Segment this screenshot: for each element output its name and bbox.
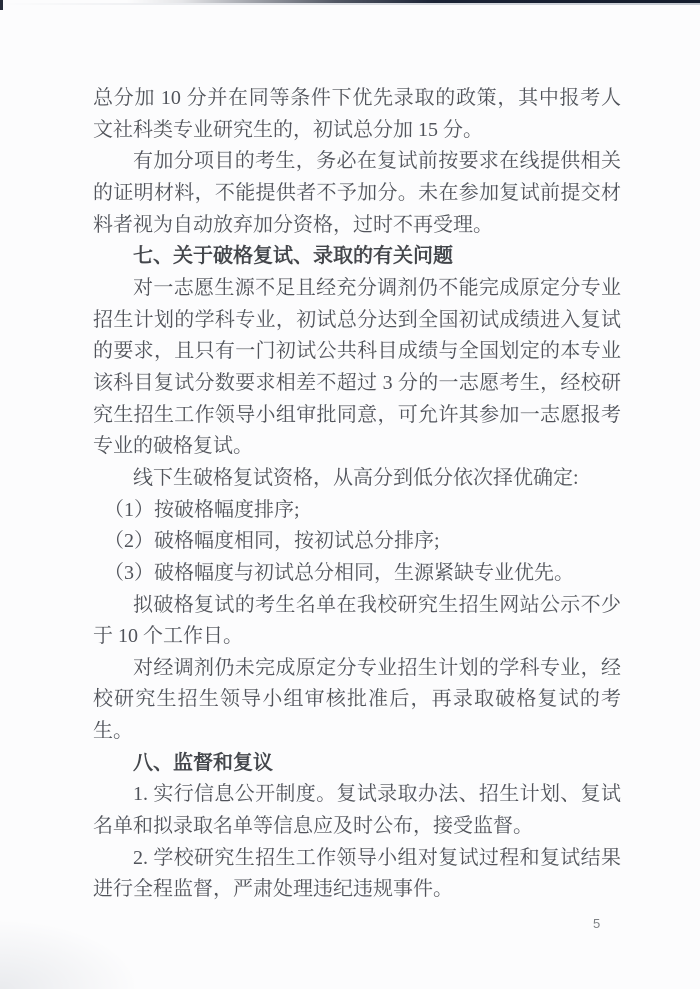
scan-edge-top-shadow <box>0 3 700 5</box>
section-heading-8: 八、监督和复议 <box>93 748 621 780</box>
scan-corner-shading <box>0 919 140 989</box>
paragraph-continuation: 总分加 10 分并在同等条件下优先录取的政策，其中报考人文社科类专业研究生的，初… <box>93 83 621 146</box>
list-item-1: （1）按破格幅度排序; <box>93 495 621 527</box>
paragraph-ranking-intro: 线下生破格复试资格，从高分到低分依次择优确定: <box>93 463 621 495</box>
section-heading-7: 七、关于破格复试、录取的有关问题 <box>93 241 621 273</box>
paragraph-bonus-materials: 有加分项目的考生，务必在复试前按要求在线提供相关的证明材料，不能提供者不予加分。… <box>93 146 621 241</box>
scan-corner-mark <box>0 0 3 10</box>
paragraph-exception-policy: 对一志愿生源不足且经充分调剂仍不能完成原定分专业招生计划的学科专业，初试总分达到… <box>93 273 621 463</box>
document-body-text: 总分加 10 分并在同等条件下优先录取的政策，其中报考人文社科类专业研究生的，初… <box>93 83 621 906</box>
scanned-document-page: 总分加 10 分并在同等条件下优先录取的政策，其中报考人文社科类专业研究生的，初… <box>0 0 700 989</box>
paragraph-supervision: 2. 学校研究生招生工作领导小组对复试过程和复试结果进行全程监督，严肃处理违纪违… <box>93 843 621 906</box>
list-item-2: （2）破格幅度相同，按初试总分排序; <box>93 526 621 558</box>
paragraph-publicity-period: 拟破格复试的考生名单在我校研究生招生网站公示不少于 10 个工作日。 <box>93 590 621 653</box>
list-item-3: （3）破格幅度与初试总分相同，生源紧缺专业优先。 <box>93 558 621 590</box>
paragraph-info-disclosure: 1. 实行信息公开制度。复试录取办法、招生计划、复试名单和拟录取名单等信息应及时… <box>93 779 621 842</box>
paragraph-approval-process: 对经调剂仍未完成原定分专业招生计划的学科专业，经校研究生招生领导小组审核批准后，… <box>93 653 621 748</box>
page-number: 5 <box>593 916 600 931</box>
